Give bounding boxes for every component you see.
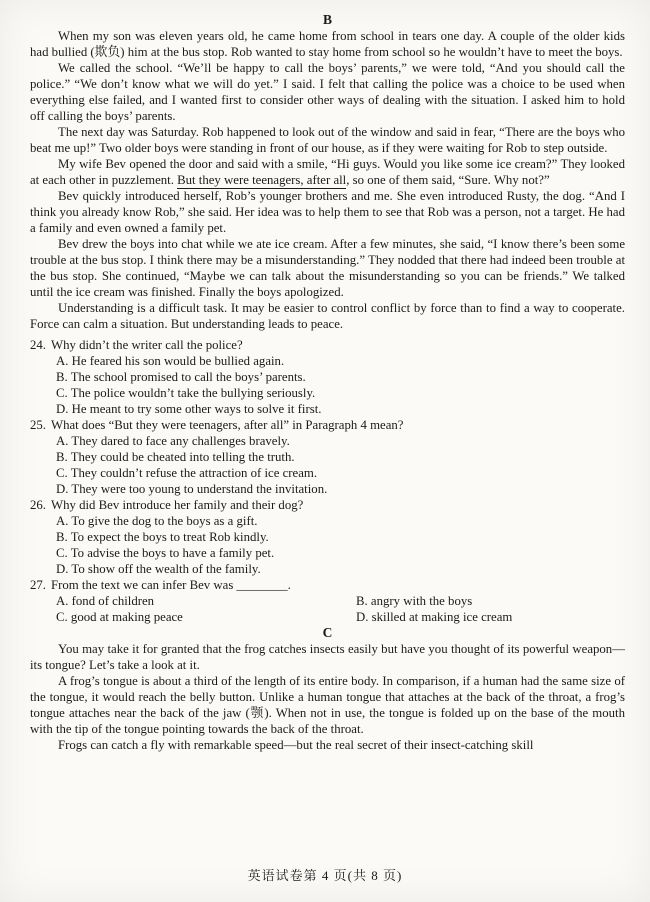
option-26-a: A. To give the dog to the boys as a gift… xyxy=(30,513,625,529)
page-content: B When my son was eleven years old, he c… xyxy=(30,12,625,753)
question-27: 27.From the text we can infer Bev was __… xyxy=(30,577,625,625)
option-25-a: A. They dared to face any challenges bra… xyxy=(30,433,625,449)
question-26-options: A. To give the dog to the boys as a gift… xyxy=(30,513,625,577)
section-c-header: C xyxy=(30,625,625,641)
question-25-options: A. They dared to face any challenges bra… xyxy=(30,433,625,497)
option-24-a: A. He feared his son would be bullied ag… xyxy=(30,353,625,369)
option-26-c: C. To advise the boys to have a family p… xyxy=(30,545,625,561)
question-24-number: 24. xyxy=(30,338,46,352)
option-24-b: B. The school promised to call the boys’… xyxy=(30,369,625,385)
question-26-line: 26.Why did Bev introduce her family and … xyxy=(30,497,625,513)
question-25: 25.What does “But they were teenagers, a… xyxy=(30,417,625,497)
passage-c-paragraph-1: You may take it for granted that the fro… xyxy=(30,641,625,673)
question-27-number: 27. xyxy=(30,578,46,592)
option-26-b: B. To expect the boys to treat Rob kindl… xyxy=(30,529,625,545)
option-24-d: D. He meant to try some other ways to so… xyxy=(30,401,625,417)
question-25-text: What does “But they were teenagers, afte… xyxy=(51,418,403,432)
option-25-b: B. They could be cheated into telling th… xyxy=(30,449,625,465)
option-27-a: A. fond of children xyxy=(56,593,356,609)
option-27-b: B. angry with the boys xyxy=(356,593,625,609)
question-24-text: Why didn’t the writer call the police? xyxy=(51,338,243,352)
option-26-d: D. To show off the wealth of the family. xyxy=(30,561,625,577)
option-27-c: C. good at making peace xyxy=(56,609,356,625)
question-section: 24.Why didn’t the writer call the police… xyxy=(30,337,625,625)
passage-c-paragraph-2: A frog’s tongue is about a third of the … xyxy=(30,673,625,737)
question-26: 26.Why did Bev introduce her family and … xyxy=(30,497,625,577)
question-24-options: A. He feared his son would be bullied ag… xyxy=(30,353,625,417)
exam-page: B When my son was eleven years old, he c… xyxy=(0,0,650,902)
option-25-c: C. They couldn’t refuse the attraction o… xyxy=(30,465,625,481)
passage-b: When my son was eleven years old, he cam… xyxy=(30,28,625,332)
question-26-text: Why did Bev introduce her family and the… xyxy=(51,498,303,512)
passage-c-paragraph-3: Frogs can catch a fly with remarkable sp… xyxy=(30,737,625,753)
question-27-line: 27.From the text we can infer Bev was __… xyxy=(30,577,625,593)
question-25-line: 25.What does “But they were teenagers, a… xyxy=(30,417,625,433)
question-27-options: A. fond of children B. angry with the bo… xyxy=(30,593,625,625)
option-25-d: D. They were too young to understand the… xyxy=(30,481,625,497)
question-26-number: 26. xyxy=(30,498,46,512)
question-24-line: 24.Why didn’t the writer call the police… xyxy=(30,337,625,353)
option-24-c: C. The police wouldn’t take the bullying… xyxy=(30,385,625,401)
passage-c: You may take it for granted that the fro… xyxy=(30,641,625,753)
passage-b-paragraph-6: Bev drew the boys into chat while we ate… xyxy=(30,236,625,300)
question-24: 24.Why didn’t the writer call the police… xyxy=(30,337,625,417)
underlined-phrase: But they were teenagers, after all xyxy=(177,173,346,189)
question-27-text: From the text we can infer Bev was _____… xyxy=(51,578,291,592)
passage-b-paragraph-7: Understanding is a difficult task. It ma… xyxy=(30,300,625,332)
question-25-number: 25. xyxy=(30,418,46,432)
passage-b-paragraph-3: The next day was Saturday. Rob happened … xyxy=(30,124,625,156)
page-footer: 英语试卷第 4 页(共 8 页) xyxy=(0,865,650,884)
section-b-header: B xyxy=(30,12,625,28)
passage-b-paragraph-4: My wife Bev opened the door and said wit… xyxy=(30,156,625,188)
passage-b-paragraph-5: Bev quickly introduced herself, Rob’s yo… xyxy=(30,188,625,236)
passage-b-paragraph-1: When my son was eleven years old, he cam… xyxy=(30,28,625,60)
passage-b-paragraph-2: We called the school. “We’ll be happy to… xyxy=(30,60,625,124)
paragraph-4-post: , so one of them said, “Sure. Why not?” xyxy=(346,173,549,187)
option-27-d: D. skilled at making ice cream xyxy=(356,609,625,625)
